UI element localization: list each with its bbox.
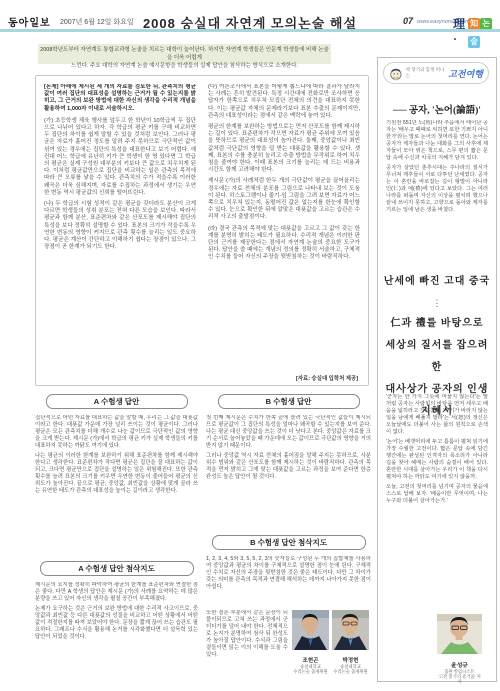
banner-tagline: 책 향기와 함께 떠나는 (406, 67, 445, 79)
masthead: 동아일보 (8, 14, 51, 29)
header-rule (0, 29, 500, 32)
section-header-b-answer: B 수험생 답안 (218, 394, 360, 409)
paragraph: 공자가 살았던 춘추시대는 주나라의 질서가 무너져 제후들이 서로 다투던 난… (386, 165, 488, 214)
reviewer-figure: 조현곤 숭실대학교 수리논술 출제위원 (292, 610, 329, 688)
b-review-side-text: 또한 결론 부분에서 같은 문장이 되풀이되므로 고쳐 쓰는 과정에서 군더더기… (206, 610, 288, 688)
paragraph: (나) 두 학급의 시험 성적이 같은 평균을 갖더라도 분산이 크게 다르면 … (44, 201, 196, 251)
reviewer-name: 박정현 (332, 656, 369, 664)
reviewer-photos: 조현곤 숭실대학교 수리논술 출제위원 박정현 (292, 610, 369, 688)
author-figure: 윤성규 출판 칼럼니스트 '고전 읽기의 즐거움' 저자 (437, 614, 482, 684)
a-review-text: 제시문의 요지를 정확히 파악하여 평균의 한계를 표준편차와 연결한 점은 좋… (35, 582, 198, 691)
confucius-cartoon-icon (389, 66, 403, 81)
b-review-row: 또한 결론 부분에서 같은 문장이 되풀이되므로 고쳐 쓰는 과정에서 군더더기… (206, 610, 371, 688)
paragraph: 그러나 중앙값 역시 자료 전체의 흩어짐을 말해 주지는 못하므로, 사분위수… (206, 453, 371, 481)
logo-block: 知 (468, 18, 480, 30)
author-caption: '고전 읽기의 즐거움' 저자 (437, 674, 482, 684)
section-header-a-review: A 수험생 답안 첨삭지도 (40, 561, 194, 576)
banner-title: 고전여행 (448, 67, 483, 80)
paragraph: 첫 번째 제시문은 수치가 한쪽 끝에 몰려 있는 극단적인 값들이 제시되므로… (206, 415, 371, 450)
b-review-intro-text: 1, 2, 3, 4, 5와 3, 5, 5, 2, 3의 숫자들로 구성된 두… (206, 556, 371, 608)
sidebar-heading: ── 공자, '논어(論語)' (378, 102, 496, 116)
quote-line: 세상의 질서를 잡으려한 (382, 335, 492, 379)
paragraph: 평균의 한계를 보완하는 방법으로는 먼저 산포도를 함께 제시하는 길이 있다… (208, 124, 360, 174)
paragraph: 1, 2, 3, 4, 5와 3, 5, 5, 2, 3의 숫자들로 구성된 두… (206, 556, 371, 591)
quote-ellipsis: ⋮ (382, 293, 492, 313)
sidebar-bottom-text: '군자는 한 가지 그릇에 머물지 않는다'는 말처럼 공자는 사람됨의 바탕을… (386, 394, 488, 612)
paragraph: 또한 결론 부분에서 같은 문장이 되풀이되므로 고쳐 쓰는 과정에서 군더더기… (206, 610, 288, 659)
paragraph: '군자는 한 가지 그릇에 머물지 않는다'는 말처럼 공자는 사람됨의 바탕을… (386, 394, 488, 436)
intro-line: 2008학년도부터 자연계도 통합교과형 논술을 치르는 대학이 늘어난다. 하… (38, 46, 331, 62)
column-b: B 수험생 답안 첫 번째 제시문은 수치가 한쪽 끝에 몰려 있는 극단적인 … (206, 394, 371, 688)
problem-box: [논제] 아래에 제시된 세 개의 자료를 검토한 뒤, 관측치의 평균값이 여… (35, 75, 369, 386)
intro-box: 2008학년도부터 자연계도 통합교과형 논술을 치르는 대학이 늘어난다. 하… (38, 44, 331, 64)
source-credit: [자료: 숭실대 입학처 제공] (290, 374, 358, 382)
column-a: A 수험생 답안 집단적으로 어떤 자료를 대표하는 값을 말할 때, 우리는 … (35, 394, 198, 691)
reviewer-photo (292, 610, 329, 650)
sidebar-column: 책 향기와 함께 떠나는 고전여행 ── 공자, '논어(論語)' 기원전 55… (377, 57, 497, 682)
quote-line: 난세에 빠진 고대 중국 (382, 271, 492, 293)
paragraph: 오늘, 고전의 첫머리를 넘기며 공자의 물음에 스스로 답해 보자. '배움이… (386, 484, 488, 505)
reviewer-caption: 수리논술 출제위원 (332, 669, 369, 674)
quote-line: 仁과 禮를 바탕으로 (382, 313, 492, 335)
logo-block: 논 (480, 18, 492, 30)
paragraph: (다) 여론조사에서 표본을 어떻게 뽑느냐에 따라 결과가 달라지는 사례는 … (208, 84, 360, 120)
paragraph: 나는 평균의 이러한 한계를 보완하기 위해 표준편차를 함께 제시해야 한다고… (35, 453, 198, 495)
b-answer-text: 첫 번째 제시문은 수치가 한쪽 끝에 몰려 있는 극단적인 값들이 제시되므로… (206, 415, 371, 525)
section-header-b-review: B 수험생 답안 첨삭지도 (212, 535, 366, 550)
reviewer-name: 조현곤 (292, 656, 329, 664)
paragraph: 제시문 (가)의 사례처럼 한두 개의 극단값이 평균을 끌어올리는 경우에는 … (208, 178, 360, 221)
paragraph: (가) 초등학생 체육 행사를 앞두고 한 학년이 10학급씩 두 집단으로 나… (44, 118, 196, 197)
intro-line: 느낀다. 주요 대학의 자연계 논술 예시문항을 학생들의 실제 답안을 첨삭하… (38, 62, 331, 70)
reviewer-photo (332, 610, 369, 650)
section-header-a-answer: A 수험생 답안 (46, 394, 188, 409)
essay-prompt: [논제] 아래에 제시된 세 개의 자료를 검토한 뒤, 관측치의 평균값이 여… (44, 84, 196, 113)
paragraph: (라) 결국 관측의 목적에 맞는 대푯값을 고르고 그 값이 갖는 한계를 분… (208, 226, 360, 262)
paragraph: 집단적으로 어떤 자료를 대표하는 값을 말할 때, 우리는 그 값을 대푯값이… (35, 415, 198, 450)
author-name: 윤성규 (437, 660, 482, 669)
paragraph: 제시문의 요지를 정확히 파악하여 평균의 한계를 표준편차와 연결한 점은 좋… (35, 582, 198, 603)
newspaper-page: 동아일보 2007년 6월 12일 화요일 2008 숭실대 자연계 모의논술 … (0, 0, 500, 691)
sidebar-top-text: 기원전 551년 노(魯)나라 추읍에서 태어난 공자는 '배우고 때때로 익히… (386, 120, 488, 268)
author-photo (437, 614, 482, 654)
reviewer-caption: 수리논술 출제위원 (292, 669, 329, 674)
logo-block: 술 (468, 36, 480, 48)
problem-text: [논제] 아래에 제시된 세 개의 자료를 검토한 뒤, 관측치의 평균값이 여… (44, 84, 360, 371)
paragraph: '논어'는 베갯머리에 두고 틈틈이 펼쳐 읽기에 가장 수월한 고전이다. 짧… (386, 439, 488, 481)
column-banner: 책 향기와 함께 떠나는 고전여행 (383, 62, 489, 84)
page-number: 07 (403, 16, 413, 26)
paragraph: 논제가 요구하는 것은 근거의 보완 방법에 대한 수리적 사고이므로, 중앙값… (35, 606, 198, 641)
a-answer-text: 집단적으로 어떤 자료를 대표하는 값을 말할 때, 우리는 그 값을 대푯값이… (35, 415, 198, 553)
reviewer-figure: 박정현 숭실대학교 수리논술 출제위원 (332, 610, 369, 688)
paragraph: 기원전 551년 노(魯)나라 추읍에서 태어난 공자는 '배우고 때때로 익히… (386, 120, 488, 162)
